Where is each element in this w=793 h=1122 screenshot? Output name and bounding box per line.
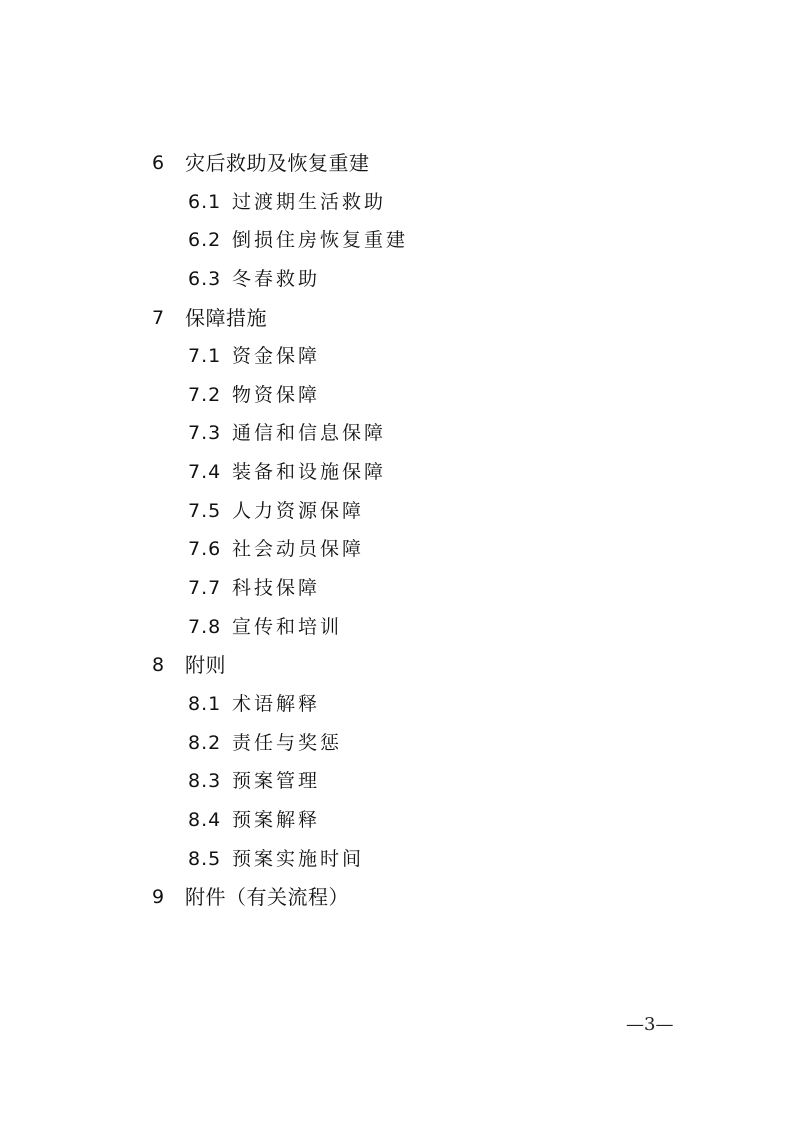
section-title: 预案管理 <box>232 762 320 801</box>
toc-entry[interactable]: 6.2倒损住房恢复重建 <box>0 221 793 260</box>
section-number: 6.1 <box>188 183 221 222</box>
section-number: 8.2 <box>188 724 221 763</box>
page-number: —3— <box>626 1014 673 1035</box>
section-title: 物资保障 <box>232 376 320 415</box>
section-title: 保障措施 <box>185 299 267 338</box>
toc-entry[interactable]: 6.3冬春救助 <box>0 260 793 299</box>
section-title: 预案实施时间 <box>232 840 364 879</box>
section-title: 科技保障 <box>232 569 320 608</box>
section-number: 8.5 <box>188 840 221 879</box>
section-title: 社会动员保障 <box>232 530 364 569</box>
toc-entry[interactable]: 8.3预案管理 <box>0 762 793 801</box>
section-title: 预案解释 <box>232 801 320 840</box>
section-title: 装备和设施保障 <box>232 453 386 492</box>
section-number: 8.4 <box>188 801 221 840</box>
section-title: 宣传和培训 <box>232 608 342 647</box>
toc-entry[interactable]: 7.1资金保障 <box>0 337 793 376</box>
toc-entry[interactable]: 7.3通信和信息保障 <box>0 414 793 453</box>
toc-entry[interactable]: 8附则 <box>0 646 793 685</box>
toc-entry[interactable]: 8.1术语解释 <box>0 685 793 724</box>
toc-entry[interactable]: 6灾后救助及恢复重建 <box>0 144 793 183</box>
section-number: 7.5 <box>188 492 221 531</box>
section-number: 7.6 <box>188 530 221 569</box>
section-number: 7.4 <box>188 453 221 492</box>
section-number: 6.2 <box>188 221 221 260</box>
section-title: 灾后救助及恢复重建 <box>185 144 370 183</box>
section-number: 7.8 <box>188 608 221 647</box>
toc-entry[interactable]: 7.4装备和设施保障 <box>0 453 793 492</box>
section-title: 人力资源保障 <box>232 492 364 531</box>
section-number: 8 <box>152 646 164 685</box>
toc-entry[interactable]: 6.1过渡期生活救助 <box>0 183 793 222</box>
section-title: 过渡期生活救助 <box>232 183 386 222</box>
section-number: 7.7 <box>188 569 221 608</box>
toc-entry[interactable]: 7保障措施 <box>0 299 793 338</box>
section-number: 7.1 <box>188 337 221 376</box>
toc-entry[interactable]: 7.5人力资源保障 <box>0 492 793 531</box>
section-number: 9 <box>152 878 164 917</box>
toc-entry[interactable]: 8.5预案实施时间 <box>0 840 793 879</box>
toc-entry[interactable]: 8.2责任与奖惩 <box>0 724 793 763</box>
section-number: 8.1 <box>188 685 221 724</box>
toc-entry[interactable]: 7.8宣传和培训 <box>0 608 793 647</box>
section-title: 倒损住房恢复重建 <box>232 221 408 260</box>
table-of-contents: 6灾后救助及恢复重建 6.1过渡期生活救助 6.2倒损住房恢复重建 6.3冬春救… <box>0 144 793 917</box>
section-title: 术语解释 <box>232 685 320 724</box>
section-title: 责任与奖惩 <box>232 724 342 763</box>
section-number: 7 <box>152 299 164 338</box>
section-number: 6.3 <box>188 260 221 299</box>
section-title: 附件（有关流程） <box>185 878 349 917</box>
toc-entry[interactable]: 7.6社会动员保障 <box>0 530 793 569</box>
toc-entry[interactable]: 9附件（有关流程） <box>0 878 793 917</box>
section-number: 8.3 <box>188 762 221 801</box>
toc-entry[interactable]: 8.4预案解释 <box>0 801 793 840</box>
section-title: 资金保障 <box>232 337 320 376</box>
toc-entry[interactable]: 7.7科技保障 <box>0 569 793 608</box>
section-title: 通信和信息保障 <box>232 414 386 453</box>
section-number: 7.3 <box>188 414 221 453</box>
section-title: 附则 <box>185 646 226 685</box>
section-number: 7.2 <box>188 376 221 415</box>
section-number: 6 <box>152 144 164 183</box>
toc-entry[interactable]: 7.2物资保障 <box>0 376 793 415</box>
section-title: 冬春救助 <box>232 260 320 299</box>
